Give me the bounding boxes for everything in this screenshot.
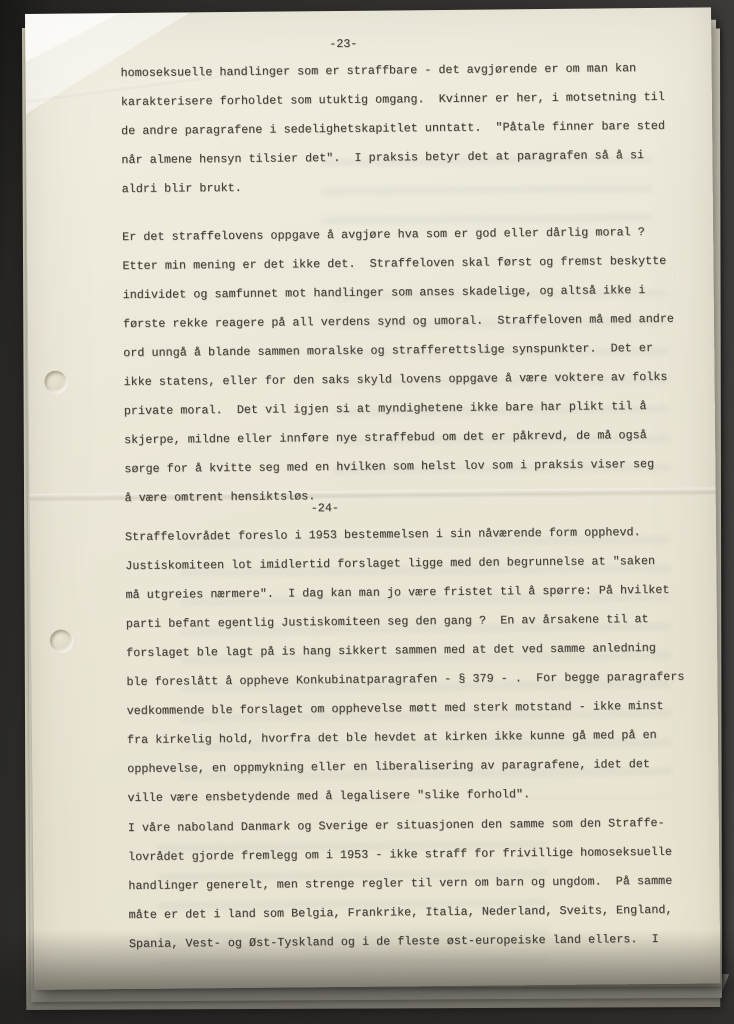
text-line: opphevelse, en oppmykning eller en liber… [127, 750, 685, 784]
paragraph: Straffelovrådet foreslo i 1953 bestemmel… [125, 518, 686, 813]
punch-hole-bottom [50, 630, 72, 652]
document-page: -23- homoseksuelle handlinger som er str… [25, 7, 720, 990]
paragraph: homoseksuelle handlinger som er straffba… [120, 54, 665, 204]
backdrop-bottom-shadow [0, 930, 734, 1024]
page-number-23: -23- [329, 35, 357, 53]
text-line: ville være ensbetydende med å legalisere… [127, 779, 685, 813]
page-number-24: -24- [311, 499, 339, 517]
text-line: aldri blir brukt. [122, 170, 666, 204]
text-line: sørge for å kvitte seg med en hvilken so… [124, 450, 675, 484]
punch-hole-top [44, 371, 66, 393]
photo-stage: -23- homoseksuelle handlinger som er str… [0, 0, 734, 1024]
text-line: når almene hensyn tilsier det". I praksi… [121, 141, 665, 175]
paragraph: Er det straffelovens oppgave å avgjøre h… [122, 218, 676, 513]
text-line: å være omtrent hensiktsløs. [125, 479, 676, 513]
